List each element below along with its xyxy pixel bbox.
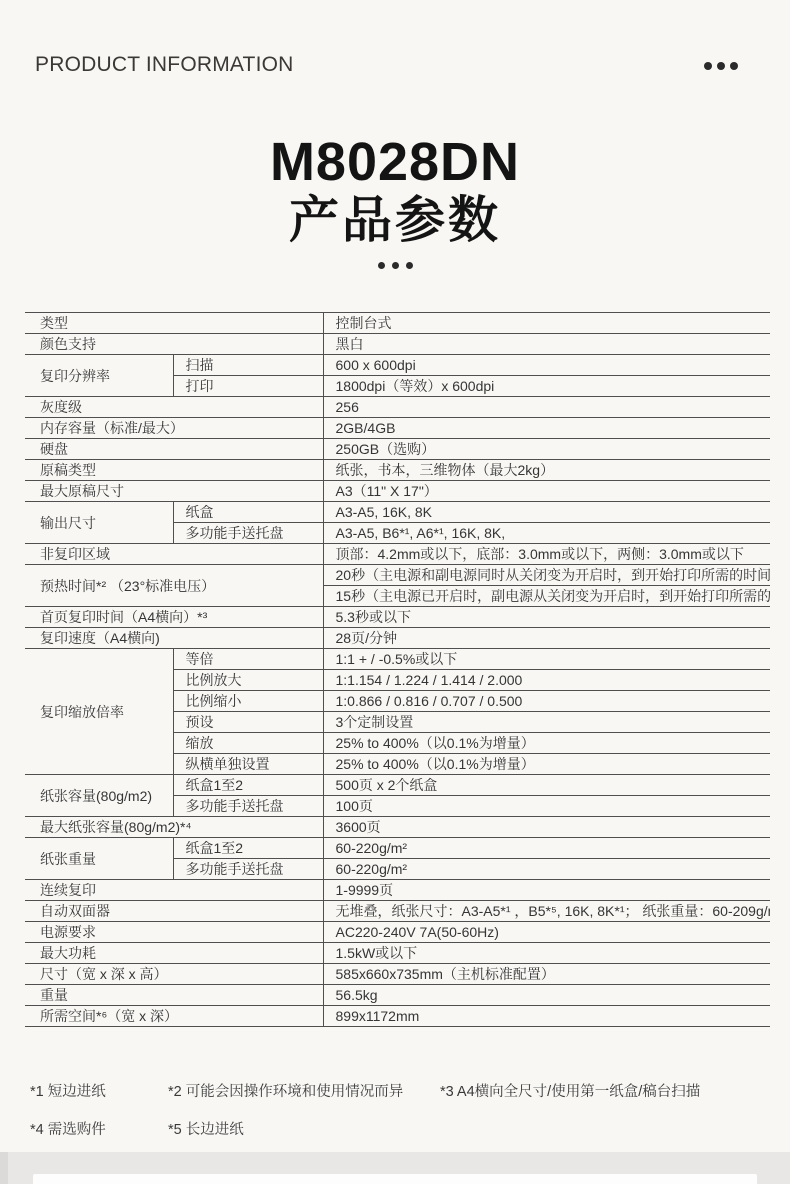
product-model-title: M8028DN xyxy=(0,134,790,190)
spec-label: 复印分辨率 xyxy=(25,355,173,397)
brand-label: PRODUCT INFORMATION xyxy=(35,53,294,77)
spec-label: 连续复印 xyxy=(25,880,323,901)
spec-sub-label: 多功能手送托盘 xyxy=(173,796,323,817)
spec-value: 25% to 400%（以0.1%为增量） xyxy=(323,733,770,754)
spec-value: 100页 xyxy=(323,796,770,817)
spec-value: A3（11" X 17"） xyxy=(323,481,770,502)
spec-value: 纸张，书本，三维物体（最大2kg） xyxy=(323,460,770,481)
spec-label: 颜色支持 xyxy=(25,334,323,355)
table-row: 纸张容量(80g/m2) 纸盒1至2 500页 x 2个纸盒 xyxy=(25,775,770,796)
spec-value: 256 xyxy=(323,397,770,418)
table-row: 自动双面器 无堆叠，纸张尺寸：A3-A5*¹ ，B5*⁵, 16K, 8K*¹；… xyxy=(25,901,770,922)
spec-label: 类型 xyxy=(25,313,323,334)
table-row: 重量 56.5kg xyxy=(25,985,770,1006)
footnote-4: *4 需选购件 xyxy=(30,1118,168,1139)
spec-value: 1-9999页 xyxy=(323,880,770,901)
spec-label: 预热时间*² （23°标准电压） xyxy=(25,565,323,607)
spec-sub-label: 缩放 xyxy=(173,733,323,754)
table-row: 类型 控制台式 xyxy=(25,313,770,334)
spec-sub-label: 多功能手送托盘 xyxy=(173,859,323,880)
table-row: 最大纸张容量(80g/m2)*⁴ 3600页 xyxy=(25,817,770,838)
spec-label: 内存容量（标准/最大） xyxy=(25,418,323,439)
table-row: 硬盘 250GB（选购） xyxy=(25,439,770,460)
spec-value: 28页/分钟 xyxy=(323,628,770,649)
spec-value: 无堆叠，纸张尺寸：A3-A5*¹ ，B5*⁵, 16K, 8K*¹； 纸张重量：… xyxy=(323,901,770,922)
table-row: 首页复印时间（A4横向）*³ 5.3秒或以下 xyxy=(25,607,770,628)
spec-label: 纸张容量(80g/m2) xyxy=(25,775,173,817)
spec-value: 5.3秒或以下 xyxy=(323,607,770,628)
footnote-5: *5 长边进纸 xyxy=(168,1118,440,1139)
spec-table: 类型 控制台式 颜色支持 黑白 复印分辨率 扫描 600 x 600dpi 打印… xyxy=(25,312,770,1027)
spec-value: 2GB/4GB xyxy=(323,418,770,439)
spec-sub-label: 打印 xyxy=(173,376,323,397)
spec-value: 15秒（主电源已开启时，副电源从关闭变为开启时，到开始打印所需的时间） xyxy=(323,586,770,607)
next-section-band xyxy=(0,1152,790,1184)
ellipsis-dots-icon xyxy=(699,62,738,70)
page-subtitle: 产品参数 xyxy=(0,192,790,248)
spec-label: 最大原稿尺寸 xyxy=(25,481,323,502)
spec-value: 1800dpi（等效）x 600dpi xyxy=(323,376,770,397)
spec-label: 重量 xyxy=(25,985,323,1006)
table-row: 尺寸（宽 x 深 x 高） 585x660x735mm（主机标准配置） xyxy=(25,964,770,985)
spec-label: 最大功耗 xyxy=(25,943,323,964)
footnote-2: *2 可能会因操作环境和使用情况而异 xyxy=(168,1080,440,1101)
spec-sub-label: 多功能手送托盘 xyxy=(173,523,323,544)
spec-sub-label: 等倍 xyxy=(173,649,323,670)
spec-value: 黑白 xyxy=(323,334,770,355)
spec-sub-label: 纵横单独设置 xyxy=(173,754,323,775)
spec-value: 60-220g/m² xyxy=(323,838,770,859)
spec-sub-label: 扫描 xyxy=(173,355,323,376)
spec-value: 3个定制设置 xyxy=(323,712,770,733)
spec-label: 首页复印时间（A4横向）*³ xyxy=(25,607,323,628)
footnote-1: *1 短边进纸 xyxy=(30,1080,168,1101)
spec-label: 灰度级 xyxy=(25,397,323,418)
spec-sub-label: 比例放大 xyxy=(173,670,323,691)
spec-label: 原稿类型 xyxy=(25,460,323,481)
spec-sub-label: 预设 xyxy=(173,712,323,733)
spec-label: 最大纸张容量(80g/m2)*⁴ xyxy=(25,817,323,838)
table-row: 内存容量（标准/最大） 2GB/4GB xyxy=(25,418,770,439)
spec-value: A3-A5, 16K, 8K xyxy=(323,502,770,523)
footnote-3: *3 A4横向全尺寸/使用第一纸盒/稿台扫描 xyxy=(440,1080,770,1101)
spec-label: 复印缩放倍率 xyxy=(25,649,173,775)
footnotes: *1 短边进纸 *2 可能会因操作环境和使用情况而异 *3 A4横向全尺寸/使用… xyxy=(30,1080,770,1139)
band-edge xyxy=(0,1152,8,1184)
spec-value: 1.5kW或以下 xyxy=(323,943,770,964)
table-row: 连续复印 1-9999页 xyxy=(25,880,770,901)
spec-value: 899x1172mm xyxy=(323,1006,770,1027)
spec-value: 1:1.154 / 1.224 / 1.414 / 2.000 xyxy=(323,670,770,691)
spec-value: 56.5kg xyxy=(323,985,770,1006)
table-row: 最大功耗 1.5kW或以下 xyxy=(25,943,770,964)
table-row: 复印速度（A4横向) 28页/分钟 xyxy=(25,628,770,649)
spec-label: 所需空间*⁶（宽 x 深） xyxy=(25,1006,323,1027)
table-row: 输出尺寸 纸盒 A3-A5, 16K, 8K xyxy=(25,502,770,523)
spec-value: 600 x 600dpi xyxy=(323,355,770,376)
table-row: 非复印区域 顶部：4.2mm或以下，底部：3.0mm或以下，两侧：3.0mm或以… xyxy=(25,544,770,565)
spec-sub-label: 纸盒1至2 xyxy=(173,838,323,859)
spec-sub-label: 比例缩小 xyxy=(173,691,323,712)
table-row: 纸张重量 纸盒1至2 60-220g/m² xyxy=(25,838,770,859)
spec-label: 非复印区域 xyxy=(25,544,323,565)
spec-value: 250GB（选购） xyxy=(323,439,770,460)
table-row: 颜色支持 黑白 xyxy=(25,334,770,355)
spec-value: 500页 x 2个纸盒 xyxy=(323,775,770,796)
table-row: 预热时间*² （23°标准电压） 20秒（主电源和副电源同时从关闭变为开启时，到… xyxy=(25,565,770,586)
spec-label: 尺寸（宽 x 深 x 高） xyxy=(25,964,323,985)
spec-value: 顶部：4.2mm或以下，底部：3.0mm或以下，两侧：3.0mm或以下 xyxy=(323,544,770,565)
spec-sub-label: 纸盒1至2 xyxy=(173,775,323,796)
table-row: 所需空间*⁶（宽 x 深） 899x1172mm xyxy=(25,1006,770,1027)
table-row: 复印分辨率 扫描 600 x 600dpi xyxy=(25,355,770,376)
spec-value: 1:1 + / -0.5%或以下 xyxy=(323,649,770,670)
spec-label: 硬盘 xyxy=(25,439,323,460)
spec-value: 1:0.866 / 0.816 / 0.707 / 0.500 xyxy=(323,691,770,712)
table-row: 灰度级 256 xyxy=(25,397,770,418)
table-row: 复印缩放倍率 等倍 1:1 + / -0.5%或以下 xyxy=(25,649,770,670)
table-row: 原稿类型 纸张，书本，三维物体（最大2kg） xyxy=(25,460,770,481)
spec-value: 585x660x735mm（主机标准配置） xyxy=(323,964,770,985)
spec-label: 电源要求 xyxy=(25,922,323,943)
spec-sub-label: 纸盒 xyxy=(173,502,323,523)
page-title: M8028DN 产品参数 xyxy=(0,134,790,248)
next-section-card-top xyxy=(33,1174,757,1184)
spec-value: 60-220g/m² xyxy=(323,859,770,880)
table-row: 最大原稿尺寸 A3（11" X 17"） xyxy=(25,481,770,502)
spec-value: 控制台式 xyxy=(323,313,770,334)
ellipsis-dots-icon xyxy=(0,262,790,269)
spec-value: 20秒（主电源和副电源同时从关闭变为开启时，到开始打印所需的时间） xyxy=(323,565,770,586)
spec-label: 输出尺寸 xyxy=(25,502,173,544)
spec-value: A3-A5, B6*¹, A6*¹, 16K, 8K, xyxy=(323,523,770,544)
spec-value: 3600页 xyxy=(323,817,770,838)
spec-value: AC220-240V 7A(50-60Hz) xyxy=(323,922,770,943)
spec-value: 25% to 400%（以0.1%为增量） xyxy=(323,754,770,775)
spec-label: 纸张重量 xyxy=(25,838,173,880)
spec-label: 复印速度（A4横向) xyxy=(25,628,323,649)
spec-label: 自动双面器 xyxy=(25,901,323,922)
table-row: 电源要求 AC220-240V 7A(50-60Hz) xyxy=(25,922,770,943)
